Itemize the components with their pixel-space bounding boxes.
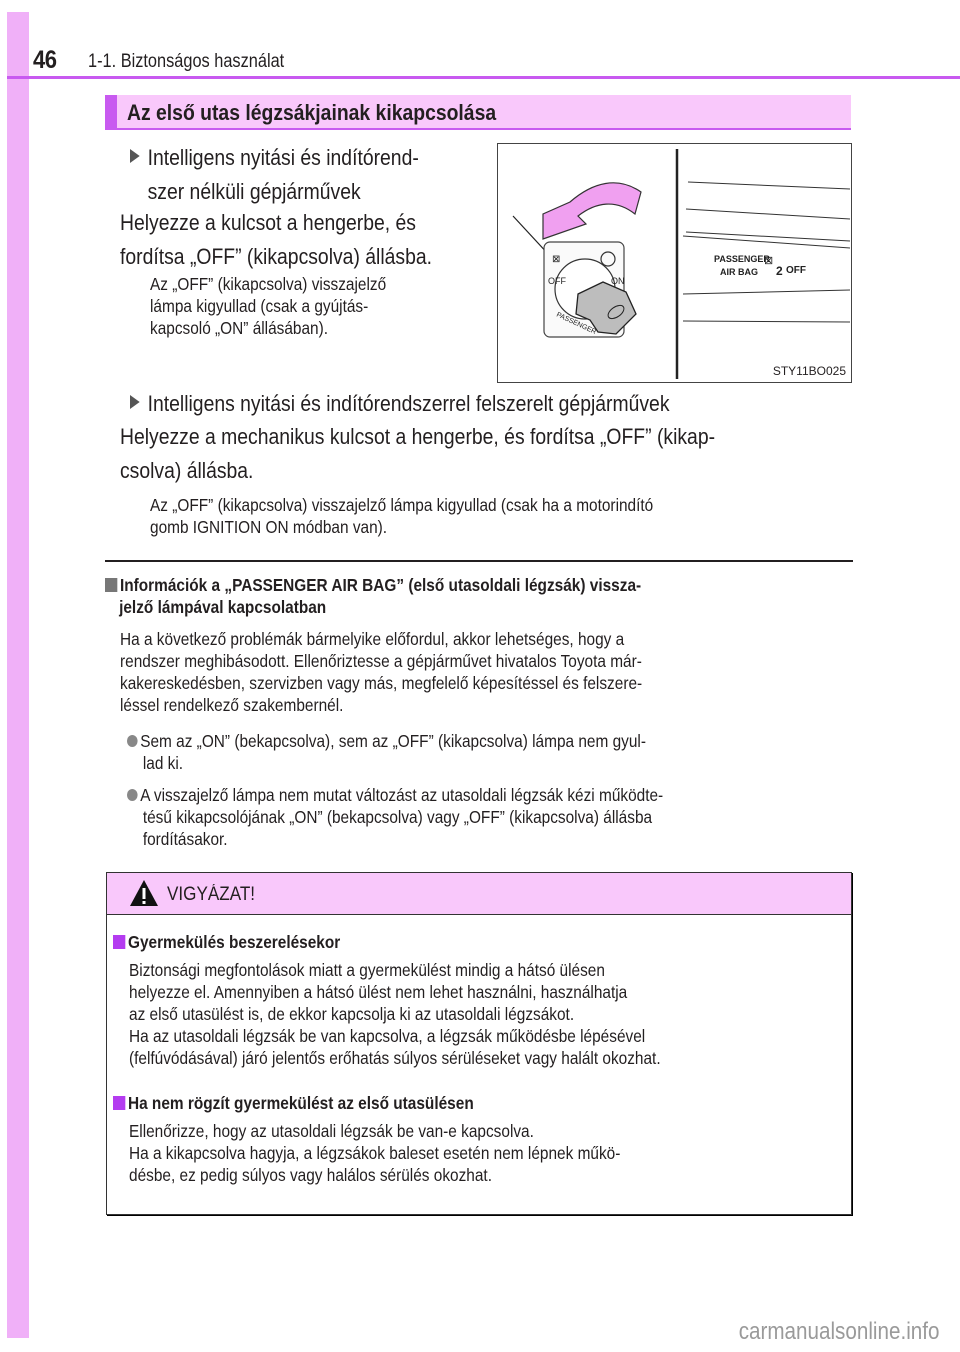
warning-triangle-icon <box>129 879 159 907</box>
watermark: carmanualsonline.info <box>738 1318 939 1346</box>
caution-item-1-title: Gyermekülés beszerelésekor <box>113 931 371 953</box>
caution-label: VIGYÁZAT! <box>167 884 255 906</box>
triangle-bullet-icon <box>130 149 140 163</box>
section-title: Az első utas légzsákjainak kikapcsolása <box>127 100 496 126</box>
circle-bullet-icon <box>127 735 138 747</box>
caution-item-2-body: Ellenőrizze, hogy az utasoldali légzsák … <box>129 1120 687 1186</box>
caution-item-1-body: Biztonsági megfontolások miatt a gyermek… <box>129 959 733 1069</box>
square-bullet-icon <box>113 1096 125 1110</box>
caution-item-2-title: Ha nem rögzít gyermekülést az első utasü… <box>113 1092 523 1114</box>
section-divider <box>105 560 853 562</box>
caution-box: VIGYÁZAT! Gyermekülés beszerelésekor Biz… <box>106 872 852 1215</box>
note-no-smart-key: Az „OFF” (kikapcsolva) visszajelző lámpa… <box>150 273 475 339</box>
triangle-bullet-icon <box>130 395 140 409</box>
svg-text:2: 2 <box>776 264 783 278</box>
circle-bullet-icon <box>127 789 138 801</box>
instruction-smart-key: Helyezze a mechanikus kulcsot a hengerbe… <box>120 420 796 488</box>
instruction-no-smart-key: Helyezze a kulcsot a hengerbe, és fordít… <box>120 206 475 274</box>
figure-code: STY11BO025 <box>773 364 846 378</box>
page-number: 46 <box>33 46 57 75</box>
info-body: Ha a következő problémák bármelyike előf… <box>120 628 713 716</box>
info-bullet-2: A visszajelző lámpa nem mutat változást … <box>127 784 736 850</box>
svg-text:AIR BAG: AIR BAG <box>720 267 758 277</box>
svg-text:⊠: ⊠ <box>552 254 560 265</box>
info-heading: Információk a „PASSENGER AIR BAG” (első … <box>105 574 714 618</box>
section-heading-bar: Az első utas légzsákjainak kikapcsolása <box>105 95 851 130</box>
condition-no-smart-key: Intelligens nyitási és indítórend- szer … <box>130 141 458 209</box>
header-rule <box>7 76 960 79</box>
note-smart-key: Az „OFF” (kikapcsolva) visszajelző lámpa… <box>150 494 722 538</box>
svg-text:OFF: OFF <box>548 276 566 286</box>
side-color-stripe <box>7 12 29 1338</box>
square-bullet-icon <box>105 578 117 592</box>
svg-text:ON: ON <box>611 276 625 286</box>
airbag-switch-illustration: OFF ON PASSENGER ⊠ PASSENGER AIR BAG ⊠ 2… <box>498 144 853 384</box>
svg-text:OFF: OFF <box>786 265 806 276</box>
caution-header: VIGYÁZAT! <box>107 873 851 915</box>
svg-text:PASSENGER: PASSENGER <box>714 254 770 264</box>
svg-text:⊠: ⊠ <box>764 255 773 267</box>
square-bullet-icon <box>113 935 125 949</box>
chapter-title: 1-1. Biztonságos használat <box>88 51 284 73</box>
airbag-switch-figure: OFF ON PASSENGER ⊠ PASSENGER AIR BAG ⊠ 2… <box>497 143 852 383</box>
condition-smart-key: Intelligens nyitási és indítórendszerrel… <box>130 387 743 421</box>
info-bullet-1: Sem az „ON” (bekapcsolva), sem az „OFF” … <box>127 730 717 774</box>
